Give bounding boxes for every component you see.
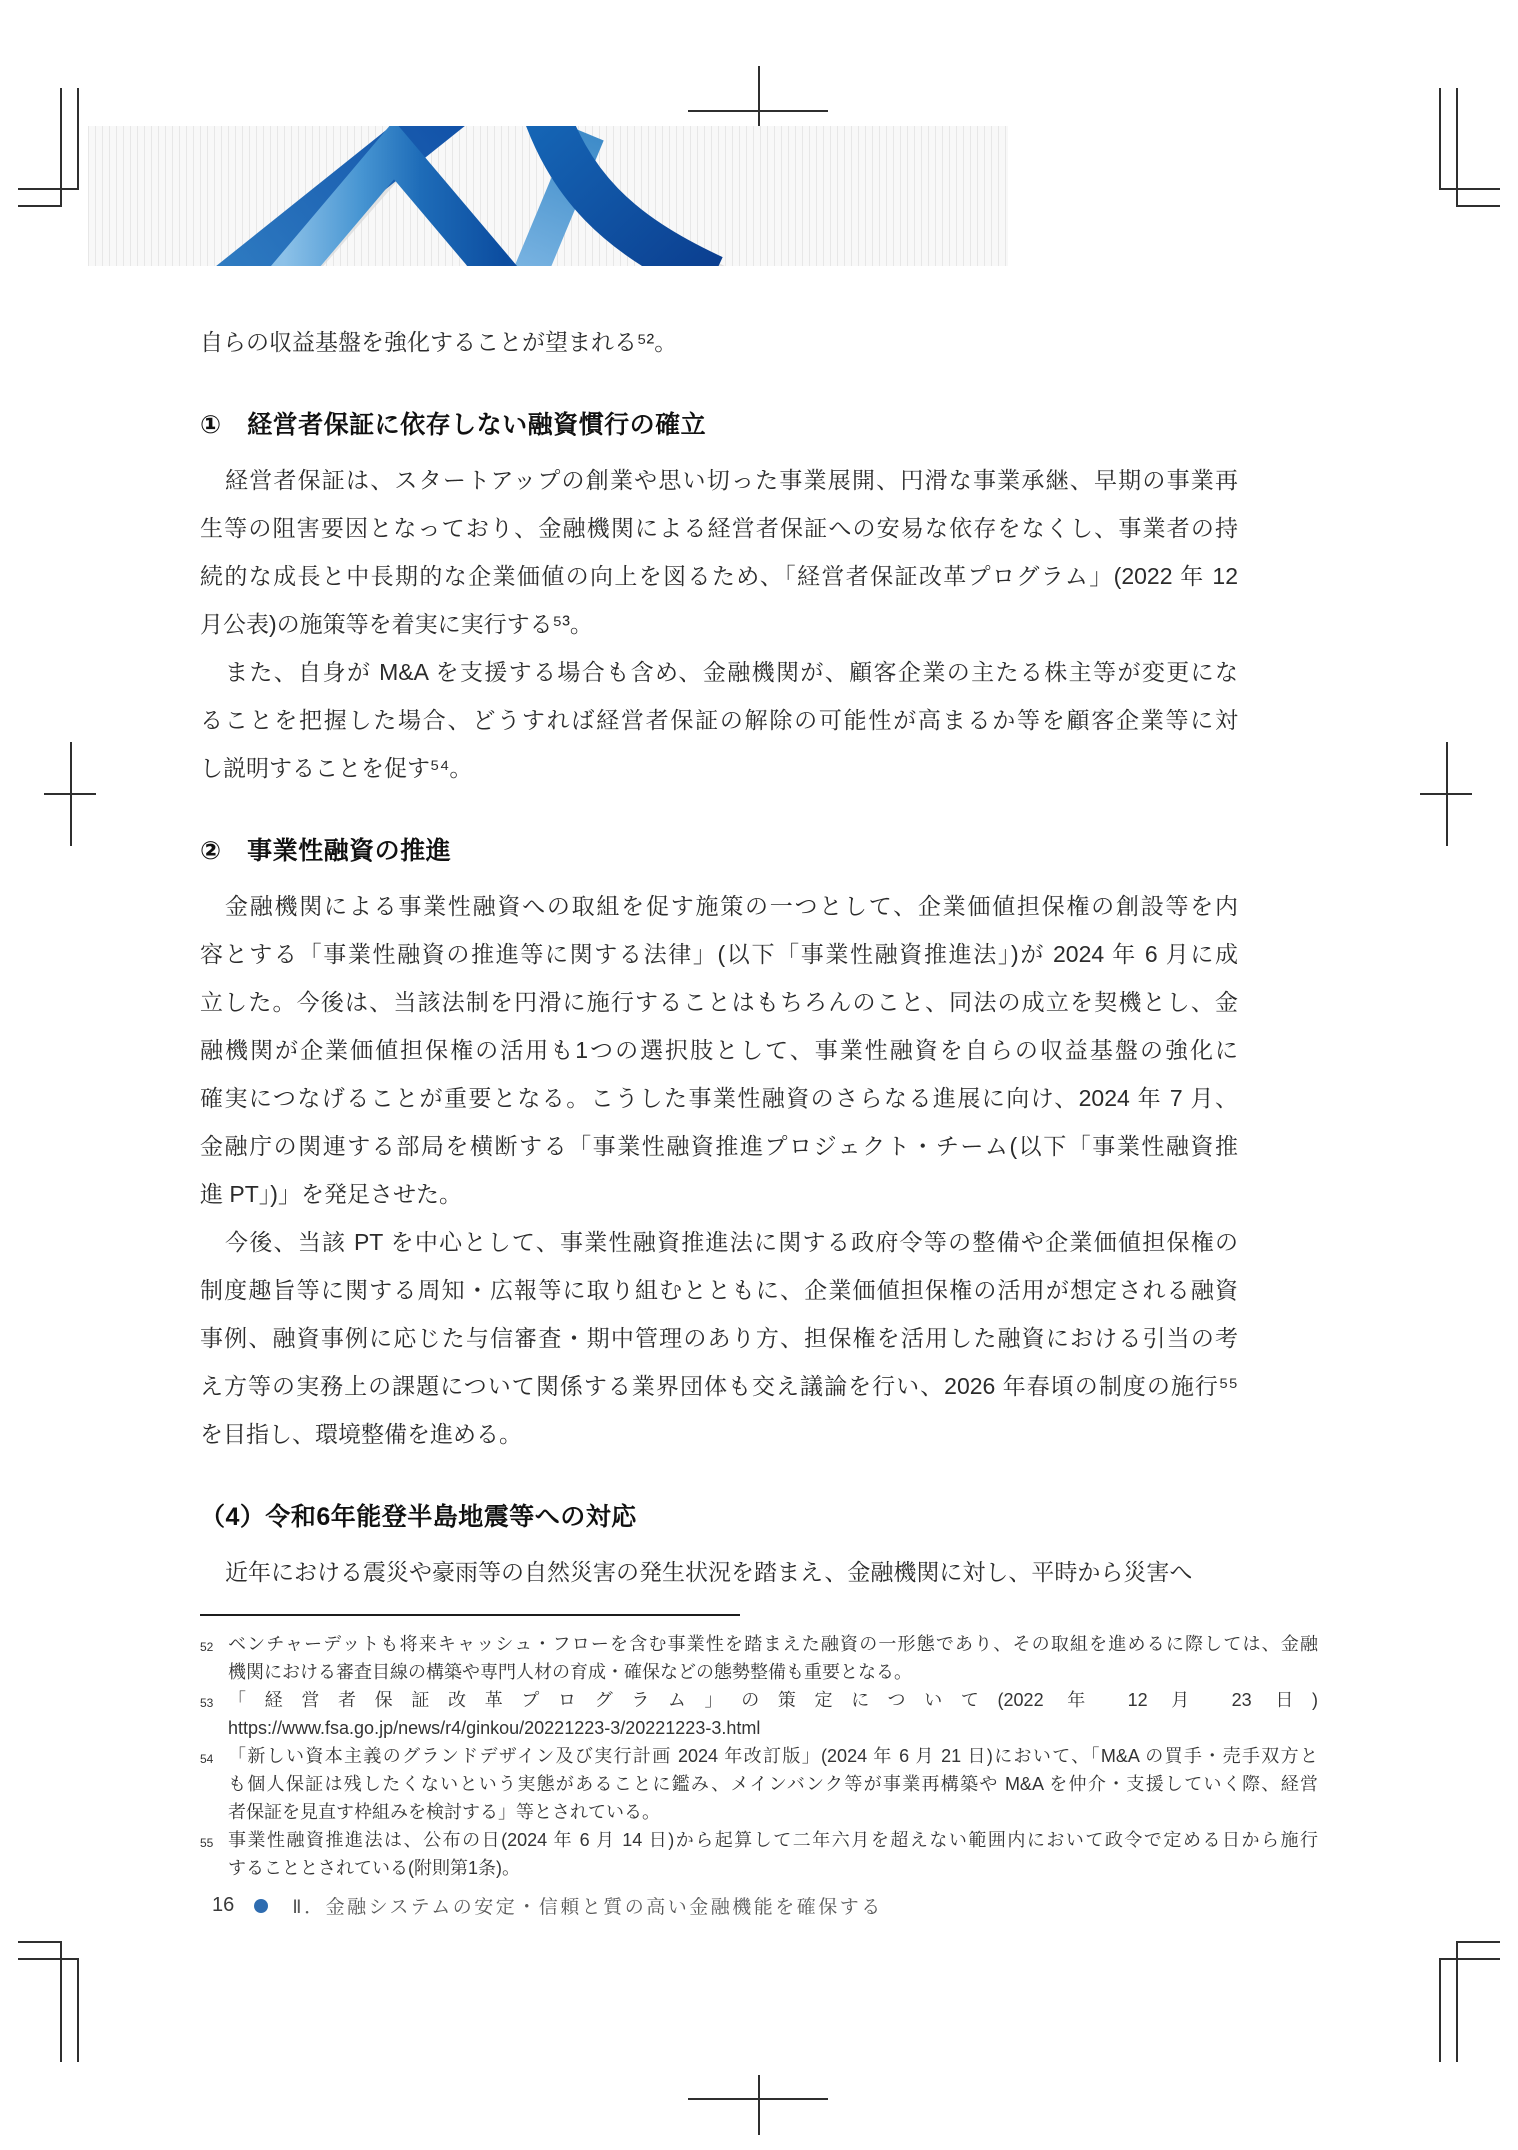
text-line: https://www.fsa.go.jp/news/r4/ginkou/202… [228, 1714, 1318, 1742]
trim-mark [688, 110, 828, 112]
text-line: 事例、融資事例に応じた与信審査・期中管理のあり方、担保権を活用した融資における引… [200, 1314, 1238, 1362]
footnote-number: 52 [200, 1630, 228, 1661]
footer-section-title: Ⅱ．金融システムの安定・信頼と質の高い金融機能を確保する [292, 1892, 882, 1919]
trim-mark [18, 188, 77, 190]
text-line: 融機関が企業価値担保権の活用も1つの選択肢として、事業性融資を自らの収益基盤の強… [200, 1026, 1238, 1074]
trim-mark [18, 1941, 60, 1943]
trim-mark [1441, 1958, 1500, 1960]
footnote-text: 「新しい資本主義のグランドデザイン及び実行計画 2024 年改訂版」(2024 … [228, 1742, 1318, 1826]
trim-mark [77, 88, 79, 190]
text-line: 続的な成長と中長期的な企業価値の向上を図るため、「経営者保証改革プログラム」(2… [200, 552, 1238, 600]
paragraph: 近年における震災や豪雨等の自然災害の発生状況を踏まえ、金融機関に対し、平時から災… [200, 1548, 1238, 1596]
text-line: 立した。今後は、当該法制を円滑に施行することはもちろんのこと、同法の成立を契機と… [200, 978, 1238, 1026]
text-line: 確実につなげることが重要となる。こうした事業性融資のさらなる進展に向け、2024… [200, 1074, 1238, 1122]
text-line: 金融機関による事業性融資への取組を促す施策の一つとして、企業価値担保権の創設等を… [200, 882, 1238, 930]
page-footer: 16 Ⅱ．金融システムの安定・信頼と質の高い金融機能を確保する [212, 1892, 883, 1919]
trim-mark [758, 2075, 760, 2135]
text-line: 生等の阻害要因となっており、金融機関による経営者保証への安易な依存をなくし、事業… [200, 504, 1238, 552]
text-line: 事業性融資推進法は、公布の日(2024 年 6 月 14 日)から起算して二年六… [228, 1826, 1318, 1854]
paragraph: 自らの収益基盤を強化することが望まれる⁵²。 [200, 318, 1238, 366]
body-text: 自らの収益基盤を強化することが望まれる⁵²。① 経営者保証に依存しない融資慣行の… [200, 318, 1238, 1596]
text-line: 容とする「事業性融資の推進等に関する法律」(以下「事業性融資推進法」)が 202… [200, 930, 1238, 978]
text-line: ② 事業性融資の推進 [200, 826, 1238, 876]
section-heading: （4）令和6年能登半島地震等への対応 [200, 1492, 1238, 1542]
trim-mark [44, 793, 96, 795]
text-line: 者保証を見直す枠組みを検討する」等とされている。 [228, 1798, 1318, 1826]
footnote: 55事業性融資推進法は、公布の日(2024 年 6 月 14 日)から起算して二… [200, 1826, 1318, 1882]
trim-mark [1458, 1941, 1500, 1943]
paragraph: 今後、当該 PT を中心として、事業性融資推進法に関する政府令等の整備や企業価値… [200, 1218, 1238, 1458]
text-line: も個人保証は残したくないという実態があることに鑑み、メインバンク等が事業再構築や… [228, 1770, 1318, 1798]
trim-mark [18, 1958, 77, 1960]
text-line: ることを把握した場合、どうすれば経営者保証の解除の可能性が高まるか等を顧客企業等… [200, 696, 1238, 744]
text-line: 近年における震災や豪雨等の自然災害の発生状況を踏まえ、金融機関に対し、平時から災… [200, 1548, 1238, 1596]
text-line: 進 PT」)」を発足させた。 [200, 1170, 1238, 1218]
footnote-number: 54 [200, 1742, 228, 1773]
trim-mark [1420, 793, 1472, 795]
text-line: 今後、当該 PT を中心として、事業性融資推進法に関する政府令等の整備や企業価値… [200, 1218, 1238, 1266]
trim-mark [758, 66, 760, 126]
section-heading: ② 事業性融資の推進 [200, 826, 1238, 876]
fsa-ribbon-logo [88, 126, 1008, 266]
footnote: 54「新しい資本主義のグランドデザイン及び実行計画 2024 年改訂版」(202… [200, 1742, 1318, 1826]
text-line: 制度趣旨等に関する周知・広報等に取り組むとともに、企業価値担保権の活用が想定され… [200, 1266, 1238, 1314]
paragraph: 金融機関による事業性融資への取組を促す施策の一つとして、企業価値担保権の創設等を… [200, 882, 1238, 1218]
trim-mark [1458, 205, 1500, 207]
trim-mark [1441, 188, 1500, 190]
text-line: 自らの収益基盤を強化することが望まれる⁵²。 [200, 318, 1238, 366]
text-line: を目指し、環境整備を進める。 [200, 1410, 1238, 1458]
footnote-separator [200, 1614, 740, 1616]
text-line: また、自身が M&A を支援する場合も含め、金融機関が、顧客企業の主たる株主等が… [200, 648, 1238, 696]
footer-bullet-icon [254, 1899, 268, 1913]
text-line: 経営者保証は、スタートアップの創業や思い切った事業展開、円滑な事業承継、早期の事… [200, 456, 1238, 504]
footnote-number: 55 [200, 1826, 228, 1857]
footnote-text: ベンチャーデットも将来キャッシュ・フローを含む事業性を踏まえた融資の一形態であり… [228, 1630, 1318, 1686]
page-number: 16 [212, 1894, 234, 1917]
trim-mark [1439, 88, 1441, 190]
paragraph: また、自身が M&A を支援する場合も含め、金融機関が、顧客企業の主たる株主等が… [200, 648, 1238, 792]
text-line: ベンチャーデットも将来キャッシュ・フローを含む事業性を踏まえた融資の一形態であり… [228, 1630, 1318, 1658]
footnote-text: 事業性融資推進法は、公布の日(2024 年 6 月 14 日)から起算して二年六… [228, 1826, 1318, 1882]
text-line: 「経営者保証改革プログラム」の策定について(2022 年 12 月 23 日) [228, 1686, 1318, 1714]
document-page: 自らの収益基盤を強化することが望まれる⁵²。① 経営者保証に依存しない融資慣行の… [0, 0, 1518, 2150]
text-line: え方等の実務上の課題について関係する業界団体も交え議論を行い、2026 年春頃の… [200, 1362, 1238, 1410]
section-heading: ① 経営者保証に依存しない融資慣行の確立 [200, 400, 1238, 450]
paragraph: 経営者保証は、スタートアップの創業や思い切った事業展開、円滑な事業承継、早期の事… [200, 456, 1238, 648]
text-line: し説明することを促す⁵⁴。 [200, 744, 1238, 792]
footnotes: 52ベンチャーデットも将来キャッシュ・フローを含む事業性を踏まえた融資の一形態で… [200, 1630, 1318, 1882]
trim-mark [77, 1958, 79, 2062]
footnote-text: 「経営者保証改革プログラム」の策定について(2022 年 12 月 23 日)h… [228, 1686, 1318, 1742]
text-line: 月公表)の施策等を着実に実行する⁵³。 [200, 600, 1238, 648]
footnote: 52ベンチャーデットも将来キャッシュ・フローを含む事業性を踏まえた融資の一形態で… [200, 1630, 1318, 1686]
trim-mark [1439, 1958, 1441, 2062]
trim-mark [18, 205, 60, 207]
text-line: 機関における審査目線の構築や専門人材の育成・確保などの態勢整備も重要となる。 [228, 1658, 1318, 1686]
text-line: することとされている(附則第1条)。 [228, 1854, 1318, 1882]
text-line: （4）令和6年能登半島地震等への対応 [200, 1492, 1238, 1542]
trim-mark [688, 2098, 828, 2100]
text-line: 金融庁の関連する部局を横断する「事業性融資推進プロジェクト・チーム(以下「事業性… [200, 1122, 1238, 1170]
text-line: ① 経営者保証に依存しない融資慣行の確立 [200, 400, 1238, 450]
header-band [88, 126, 1008, 266]
footnote: 53「経営者保証改革プログラム」の策定について(2022 年 12 月 23 日… [200, 1686, 1318, 1742]
text-line: 「新しい資本主義のグランドデザイン及び実行計画 2024 年改訂版」(2024 … [228, 1742, 1318, 1770]
footnote-number: 53 [200, 1686, 228, 1717]
